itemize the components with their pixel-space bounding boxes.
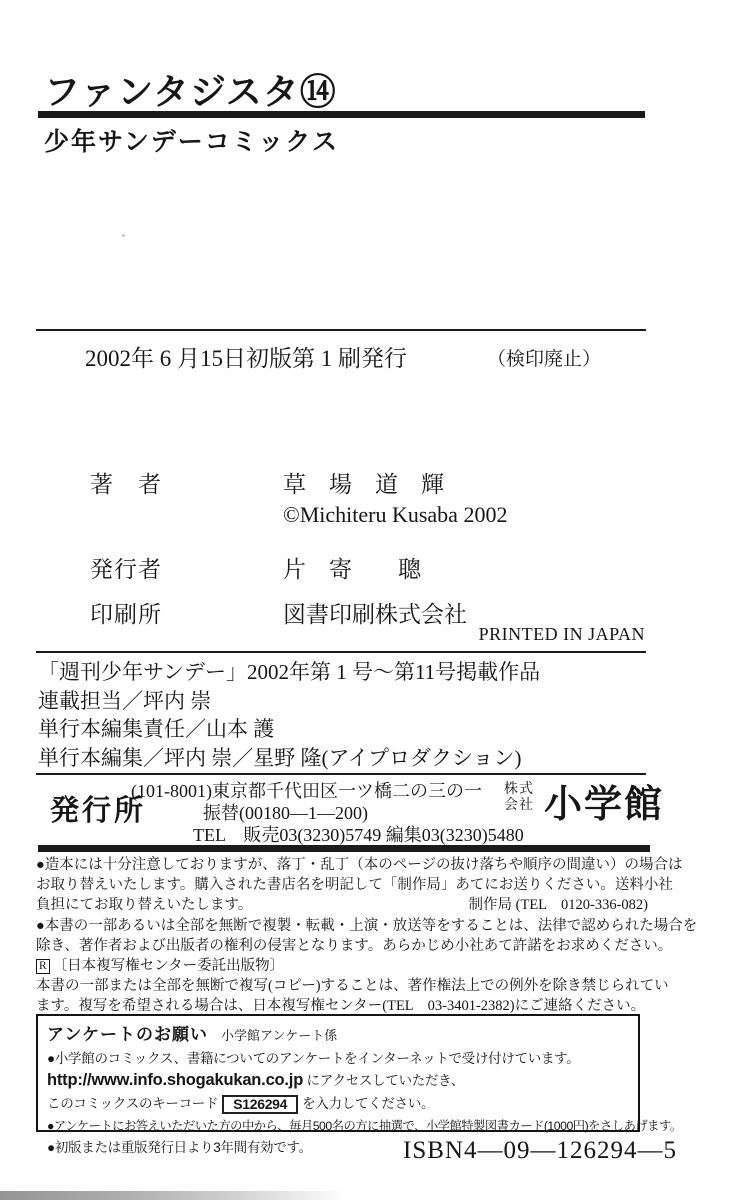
company-type-bottom: 会社 [504,797,534,813]
registered-r-mark-icon: R [36,959,50,974]
book-title: ファンタジスタ⑭ [44,64,337,115]
isbn-number: ISBN4—09—126294—5 [380,1137,700,1165]
serialization-line: 「週刊少年サンデー」2002年第 1 号～第11号掲載作品 [38,658,540,687]
keycode-prefix: このコミックスのキーコード [47,1096,218,1111]
legal-notices: ●造本には十分注意しておりますが、落丁・乱丁（本のページの抜け落ちや順序の間違い… [36,855,648,1017]
publisher-name: 片 寄 聰 [283,551,421,584]
binding-notice-line: 負担にてお取り替えいたします。 制作局 (TEL 0120-336-082) [36,895,648,915]
edition-divider [36,329,646,331]
colophon-page: ファンタジスタ⑭ 少年サンデーコミックス 2002年 6 月15日初版第 1 刷… [0,0,741,1200]
thick-divider [38,845,650,852]
survey-url-line: http://www.info.shogakukan.co.jp にアクセスして… [47,1069,629,1090]
title-underline [38,111,645,118]
copyright-notice-line: ●本書の一部あるいは全部を無断で複製・転載・上演・放送等をすることは、法律で認め… [36,916,648,936]
serialization-divider-top [36,651,646,653]
company-name: 小学館 [544,773,664,828]
serialization-note: 「週刊少年サンデー」2002年第 1 号～第11号掲載作品 連載担当／坪内 崇 … [38,658,540,772]
author-name: 草 場 道 輝 [283,466,444,499]
survey-heading: アンケートのお願い [47,1020,208,1045]
survey-url-suffix: にアクセスしていただき、 [307,1073,464,1088]
company-type: 株式 会社 [504,781,534,812]
serialization-line: 単行本編集／坪内 崇／星野 隆(アイプロダクション) [38,744,540,773]
survey-heading-row: アンケートのお願い 小学館アンケート係 [47,1020,629,1045]
survey-subheading: 小学館アンケート係 [221,1025,337,1044]
edition-date: 2002年 6 月15日初版第 1 刷発行 [85,340,407,373]
publisher-label: 発行者 [90,551,162,584]
reprography-rights-text: 〔日本複写権センター委託出版物〕 [53,958,284,974]
reprography-rights-line: R〔日本複写権センター委託出版物〕 [36,956,648,976]
serialization-line: 連載担当／坪内 崇 [38,687,540,716]
seal-abolition-note: （検印廃止） [487,344,601,371]
copyright-line: ©Michiteru Kusaba 2002 [283,502,507,528]
binding-notice-left: 負担にてお取り替えいたします。 [36,895,252,915]
production-bureau-tel: 制作局 (TEL 0120-336-082) [469,895,648,915]
author-label: 著 者 [90,466,162,499]
printer-name: 図書印刷株式会社 [283,596,467,629]
survey-prize-line: ●アンケートにお答えいただいた方の中から、毎月500名の方に抽選で、小学館特製図… [47,1116,629,1134]
survey-url: http://www.info.shogakukan.co.jp [47,1071,303,1089]
office-tel: TEL 販売03(3230)5749 編集03(3230)5480 [193,821,524,847]
serialization-line: 単行本編集責任／山本 護 [38,715,540,744]
survey-internet-line: ●小学館のコミックス、書籍についてのアンケートをインターネットで受け付けています… [47,1047,629,1067]
photocopy-notice-line: 本書の一部または全部を無断で複写(コピー)することは、著作権法上での例外を除き禁… [36,976,648,996]
copyright-notice-line: 除き、著作者および出版者の権利の侵害となります。あらかじめ小社あて許諾をお求めく… [36,936,648,956]
survey-keycode-line: このコミックスのキーコードS126294を入力してください。 [47,1092,629,1114]
printer-label: 印刷所 [90,596,162,629]
company-type-top: 株式 [504,781,534,797]
binding-notice-line: お取り替えいたします。購入された書店名を明記して「制作局」あてにお送りください。… [36,875,648,895]
paper-speck [122,234,125,237]
keycode-box: S126294 [222,1095,298,1114]
printed-in-japan: PRINTED IN JAPAN [479,624,645,645]
binding-notice-line: ●造本には十分注意しておりますが、落丁・乱丁（本のページの抜け落ちや順序の間違い… [36,855,648,875]
keycode-suffix: を入力してください。 [302,1096,434,1111]
scan-smudge-artifact [0,1191,345,1200]
survey-box: アンケートのお願い 小学館アンケート係 ●小学館のコミックス、書籍についてのアン… [36,1014,640,1132]
series-name: 少年サンデーコミックス [44,122,339,158]
